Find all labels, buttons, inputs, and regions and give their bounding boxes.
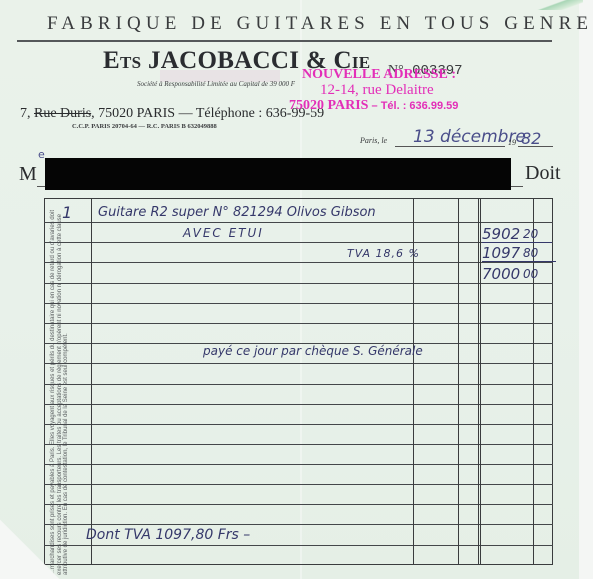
column-line (458, 198, 459, 565)
table-row-line (44, 444, 553, 445)
column-line-double (478, 198, 479, 565)
amount-tva-francs: 1097 (482, 244, 520, 262)
stamp-title: NOUVELLE ADRESSE : (302, 67, 456, 83)
table-row-line (44, 484, 553, 485)
year-prefix: 19 (508, 138, 516, 147)
amount-underline (482, 261, 556, 262)
client-name-redacted (45, 158, 511, 190)
paper-edge (579, 0, 593, 579)
amount-tva-centimes: 80 (523, 246, 538, 260)
table-row-line (44, 283, 553, 284)
table-row-line (44, 404, 553, 405)
column-line-double (480, 198, 481, 565)
stamp-city: 75020 PARIS – Tél. : 636.99.59 (289, 98, 458, 114)
date-label: Paris, le (360, 136, 387, 145)
amount-total-francs: 7000 (482, 265, 520, 283)
tva-footer-note: Dont TVA 1097,80 Frs – (86, 527, 250, 543)
year-rule (518, 146, 553, 147)
client-prefix-sup: e (38, 148, 45, 161)
table-row-line (44, 424, 553, 425)
invoice-table (44, 198, 553, 565)
address-number: 7, (20, 106, 34, 121)
table-row-line (44, 363, 553, 364)
legal-notice: Société à Responsabilité Limitée au Capi… (137, 80, 295, 88)
amount-total-centimes: 00 (523, 267, 538, 281)
table-row-line (44, 464, 553, 465)
company-address: 7, Rue Duris, 75020 PARIS — Téléphone : … (20, 106, 324, 122)
item-quantity: 1 (62, 203, 72, 222)
table-row-line (44, 242, 553, 243)
company-tagline: FABRIQUE DE GUITARES EN TOUS GENRES (47, 13, 593, 35)
registry-info: C.C.P. PARIS 20704-64 — R.C. PARIS B 632… (72, 123, 217, 130)
stamp-city-text: 75020 PARIS (289, 98, 368, 113)
table-row-line (44, 262, 553, 263)
address-struck-street: Rue Duris (34, 106, 91, 121)
amount-underline (482, 242, 552, 243)
table-row-line (44, 524, 553, 525)
table-row-line (44, 504, 553, 505)
qty-column-line (91, 198, 92, 565)
table-row-line (44, 303, 553, 304)
table-row-line (44, 222, 553, 223)
tagline-rule (17, 40, 552, 42)
payment-note: payé ce jour par chèque S. Générale (203, 344, 423, 358)
paper-corner-tint (533, 0, 583, 10)
tva-label: TVA 18,6 % (347, 247, 420, 260)
stamp-street: 12-14, rue Delaitre (320, 82, 434, 99)
item-description: Guitare R2 super N° 821294 Olivos Gibson (98, 205, 376, 220)
torn-corner (0, 519, 60, 579)
amount-net-centimes: 20 (523, 227, 538, 241)
doit-label: Doit (525, 162, 561, 185)
doit-rule (511, 186, 523, 187)
item-description-case: AVEC ETUI (183, 226, 264, 240)
amount-net-francs: 5902 (482, 225, 520, 243)
company-prefix-sc: TS (120, 53, 141, 72)
stamp-phone: – Tél. : 636.99.59 (368, 100, 458, 112)
table-row-line (44, 323, 553, 324)
client-prefix: M (19, 163, 37, 186)
date-rule (395, 146, 505, 147)
table-row-line (44, 384, 553, 385)
company-prefix: E (103, 47, 120, 74)
table-row-line (44, 545, 553, 546)
